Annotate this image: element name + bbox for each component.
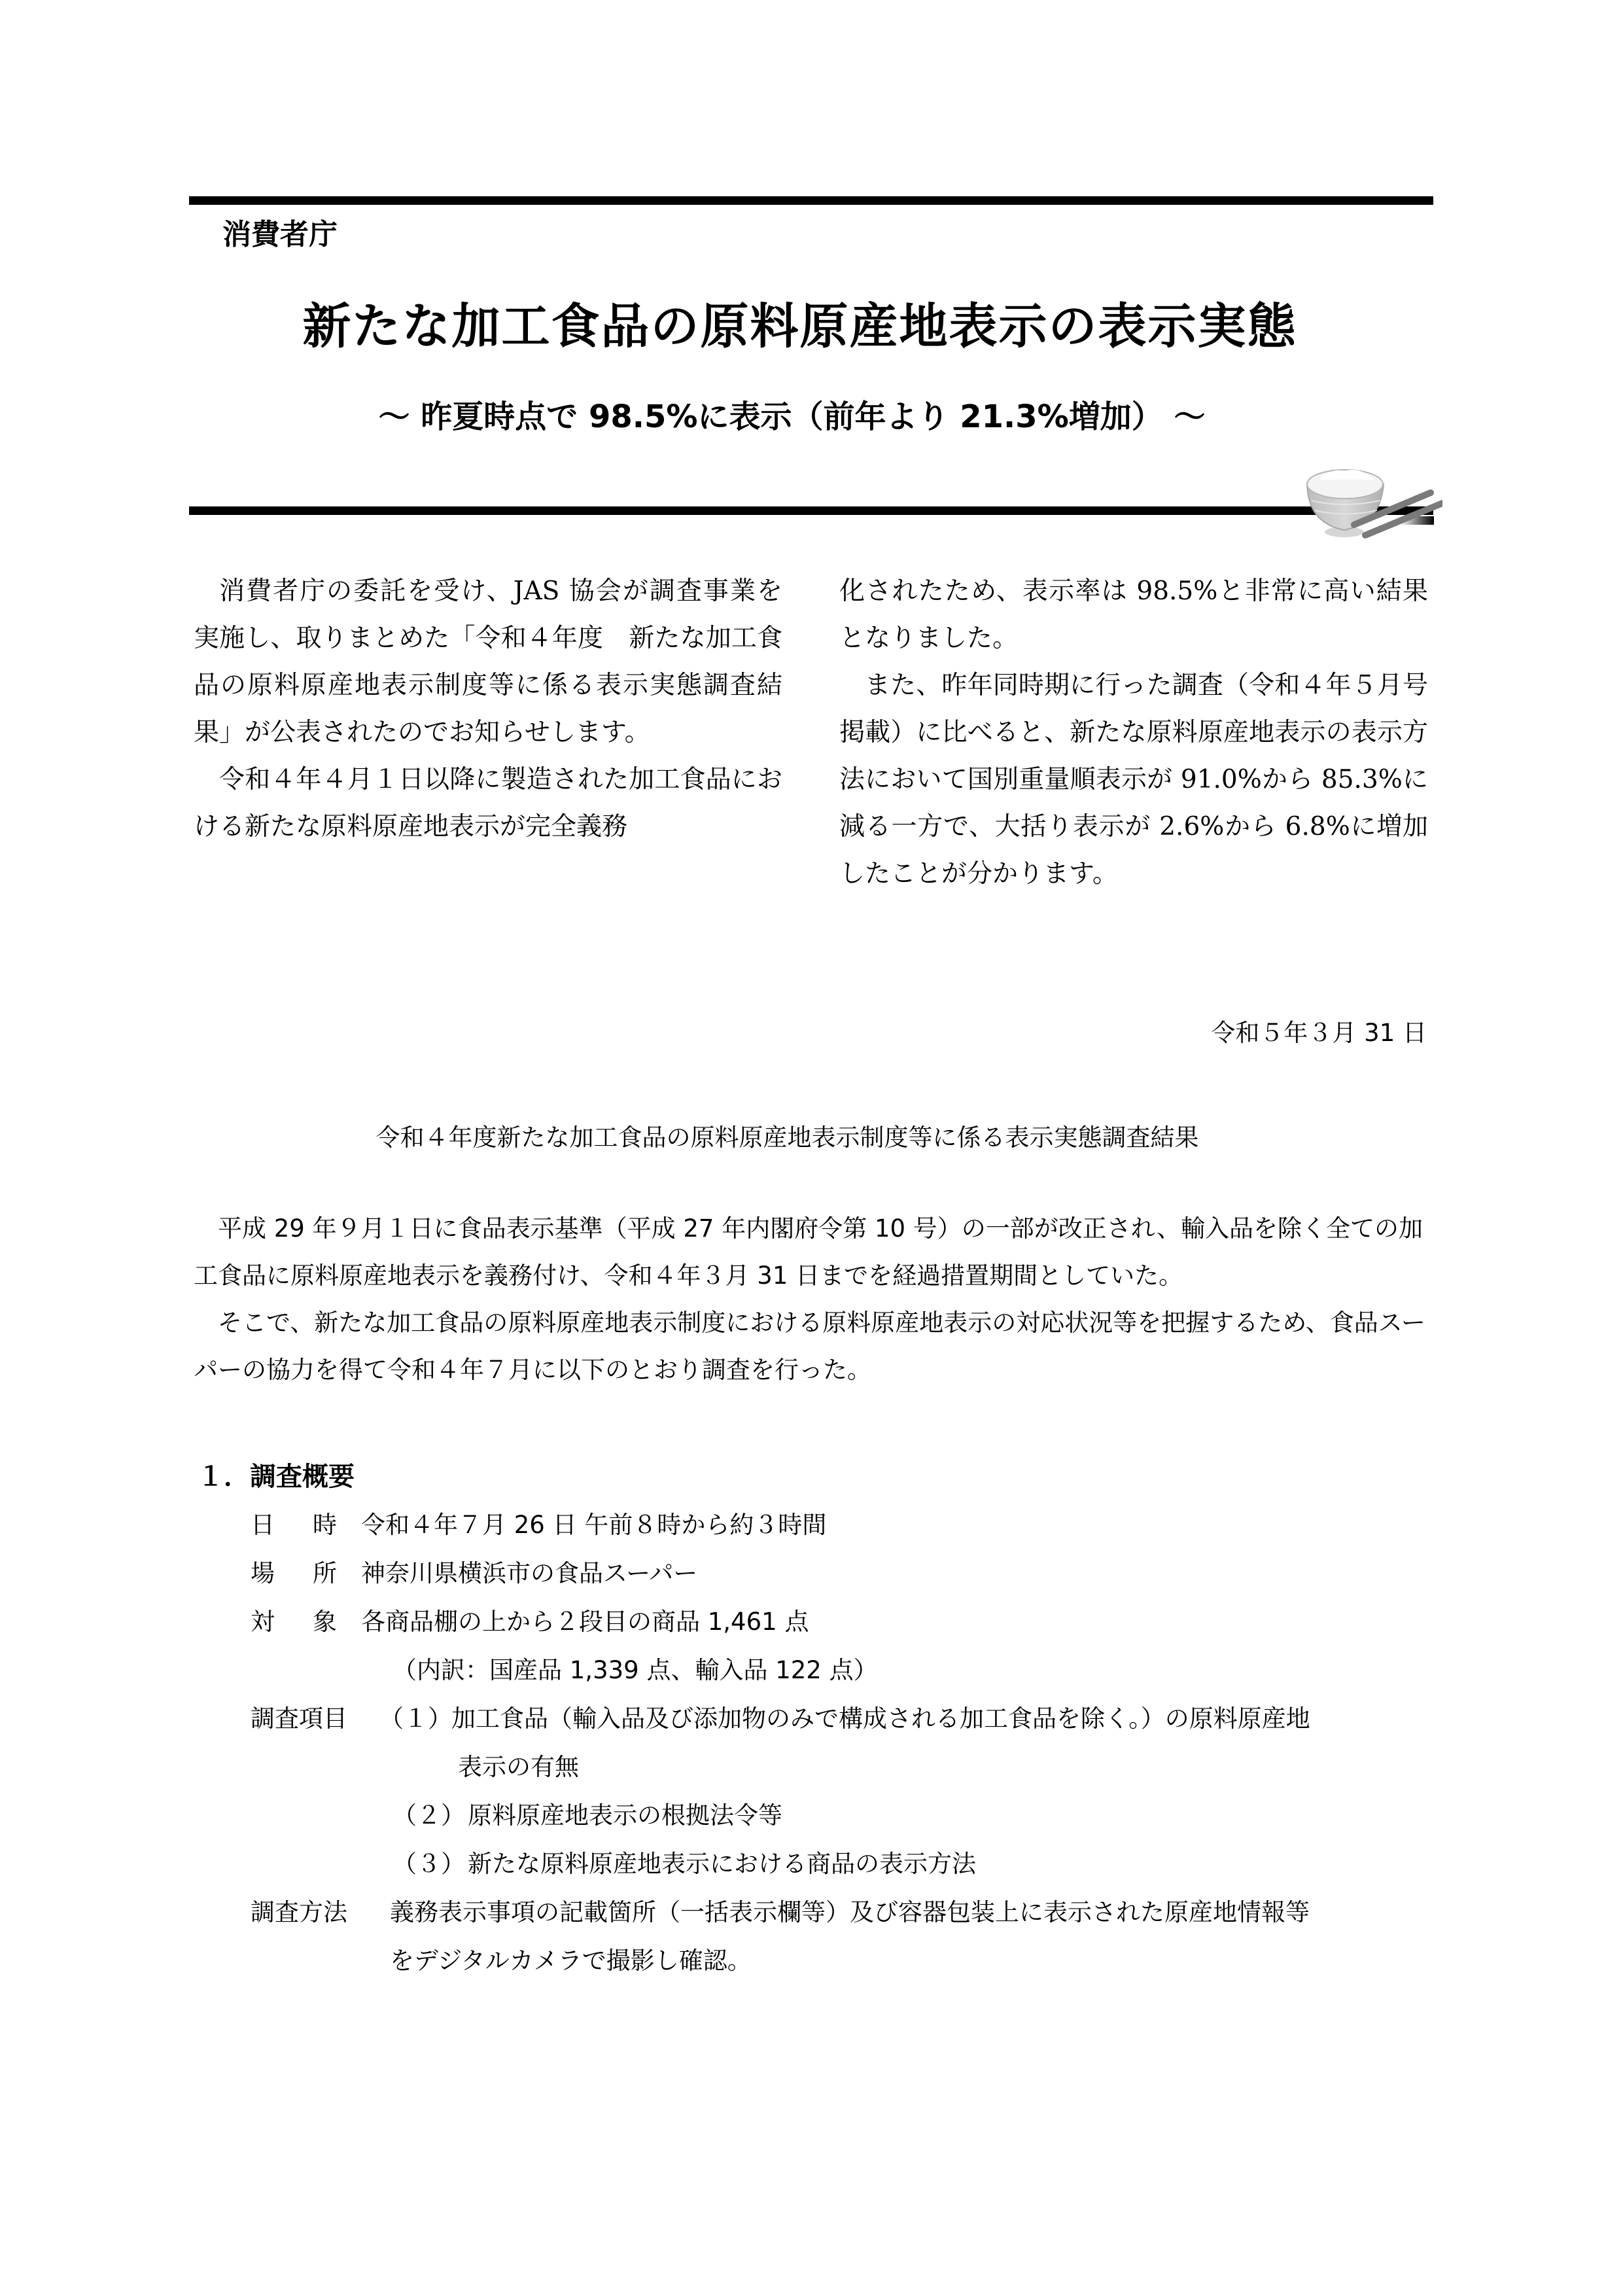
survey-item-number: （２）	[393, 1795, 465, 1831]
rice-bowl-with-chopsticks-icon	[1279, 455, 1442, 543]
header-bottom-rule	[189, 506, 1433, 515]
survey-item-text-cont: 表示の有無	[458, 1747, 579, 1782]
survey-item-text: 加工食品（輸入品及び添加物のみで構成される加工食品を除く。）の原料原産地	[451, 1699, 1310, 1734]
page-subtitle-text: ～ 昨夏時点で 98.5%に表示（前年より 21.3%増加） ～	[379, 391, 1206, 436]
report-title-text: 令和４年度新たな加工食品の原料原産地表示制度等に係る表示実態調査結果	[376, 1118, 1199, 1153]
row-value: 神奈川県横浜市の食品スーパー	[361, 1553, 697, 1589]
page-subtitle: ～ 昨夏時点で 98.5%に表示（前年より 21.3%増加） ～	[0, 391, 1623, 436]
report-title: 令和４年度新たな加工食品の原料原産地表示制度等に係る表示実態調査結果	[0, 1118, 1623, 1153]
row-value-breakdown: （内訳：国産品 1,339 点、輸入品 122 点）	[393, 1650, 878, 1686]
agency-name: 消費者庁	[222, 211, 338, 253]
row-label: 場	[251, 1553, 275, 1589]
page-title-text: 新たな加工食品の原料原産地表示の表示実態	[303, 288, 1297, 357]
survey-item-number: （１）	[379, 1699, 452, 1734]
row-value: 令和４年７月 26 日 午前８時から約３時間	[361, 1505, 826, 1540]
survey-method-label: 調査方法	[251, 1892, 347, 1928]
header-top-rule	[189, 196, 1433, 205]
summary-right-column: 化されたため、表示率は 98.5%と非常に高い結果となりました。 また、昨年同時…	[839, 568, 1428, 898]
row-label: 時	[313, 1505, 337, 1540]
row-value: 各商品棚の上から２段目の商品 1,461 点	[361, 1602, 809, 1637]
row-label: 所	[313, 1553, 337, 1589]
survey-method-text-cont: をデジタルカメラで撮影し確認。	[390, 1941, 752, 1976]
section-heading-survey-overview: １．調査概要	[198, 1456, 355, 1493]
report-intro: 平成 29 年９月１日に食品表示基準（平成 27 年内閣府令第 10 号）の一部…	[194, 1205, 1433, 1394]
survey-method-text: 義務表示事項の記載箇所（一括表示欄等）及び容器包装上に表示された原産地情報等	[390, 1892, 1310, 1928]
summary-paragraph: 令和４年４月１日以降に製造された加工食品における新たな原料原産地表示が完全義務	[194, 756, 782, 851]
survey-items-label: 調査項目	[251, 1699, 347, 1734]
summary-left-column: 消費者庁の委託を受け、JAS 協会が調査事業を実施し、取りまとめた「令和４年度 …	[194, 568, 782, 851]
survey-item-text: 新たな原料原産地表示における商品の表示方法	[468, 1844, 976, 1879]
page-title: 新たな加工食品の原料原産地表示の表示実態	[0, 288, 1623, 357]
row-label: 日	[251, 1505, 275, 1540]
survey-item-number: （３）	[393, 1844, 465, 1879]
intro-paragraph: そこで、新たな加工食品の原料原産地表示制度における原料原産地表示の対応状況等を把…	[194, 1299, 1433, 1394]
summary-paragraph: また、昨年同時期に行った調査（令和４年５月号掲載）に比べると、新たな原料原産地表…	[839, 662, 1428, 898]
row-label: 対	[251, 1602, 275, 1637]
summary-paragraph: 消費者庁の委託を受け、JAS 協会が調査事業を実施し、取りまとめた「令和４年度 …	[194, 568, 782, 756]
survey-item-text: 原料原産地表示の根拠法令等	[468, 1795, 782, 1831]
summary-paragraph: 化されたため、表示率は 98.5%と非常に高い結果となりました。	[839, 568, 1428, 662]
intro-paragraph: 平成 29 年９月１日に食品表示基準（平成 27 年内閣府令第 10 号）の一部…	[194, 1205, 1433, 1299]
row-label: 象	[313, 1602, 337, 1637]
report-date: 令和５年３月 31 日	[1211, 1013, 1427, 1048]
